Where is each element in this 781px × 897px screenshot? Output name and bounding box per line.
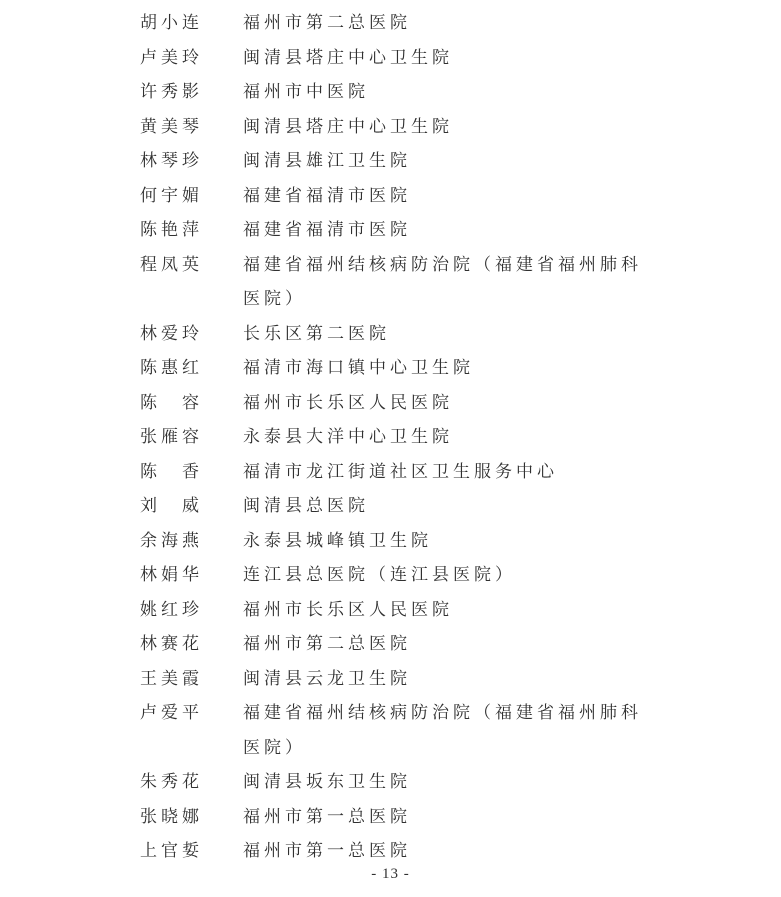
document-page: 胡小连 福州市第二总医院 卢美玲 闽清县塔庄中心卫生院 许秀影 福州市中医院 黄…	[0, 6, 781, 869]
organization-name: 闽清县坂东卫生院	[243, 765, 411, 800]
organization-name: 闽清县云龙卫生院	[243, 662, 411, 697]
person-name: 卢爱平	[140, 696, 243, 731]
table-row: 程凤英 福建省福州结核病防治院（福建省福州肺科医院）	[140, 248, 781, 317]
table-row: 张雁容 永泰县大洋中心卫生院	[140, 420, 781, 455]
organization-name: 闽清县塔庄中心卫生院	[243, 41, 453, 76]
person-name: 黄美琴	[140, 110, 243, 145]
table-row: 刘 威 闽清县总医院	[140, 489, 781, 524]
organization-name: 连江县总医院（连江县医院）	[243, 558, 516, 593]
organization-name: 福清市龙江街道社区卫生服务中心	[243, 455, 558, 490]
person-name: 陈艳萍	[140, 213, 243, 248]
organization-name: 福州市第一总医院	[243, 800, 411, 835]
person-name: 胡小连	[140, 6, 243, 41]
table-row: 朱秀花 闽清县坂东卫生院	[140, 765, 781, 800]
organization-name: 闽清县塔庄中心卫生院	[243, 110, 453, 145]
organization-name: 福州市长乐区人民医院	[243, 593, 453, 628]
organization-name: 福州市第二总医院	[243, 6, 411, 41]
table-row: 余海燕 永泰县城峰镇卫生院	[140, 524, 781, 559]
table-row: 卢爱平 福建省福州结核病防治院（福建省福州肺科医院）	[140, 696, 781, 765]
person-name: 林娟华	[140, 558, 243, 593]
person-name: 姚红珍	[140, 593, 243, 628]
person-name: 程凤英	[140, 248, 243, 283]
person-name: 陈 香	[140, 455, 243, 490]
table-row: 陈 香 福清市龙江街道社区卫生服务中心	[140, 455, 781, 490]
organization-name: 福建省福州结核病防治院（福建省福州肺科医院）	[243, 248, 649, 317]
table-row: 林琴珍 闽清县雄江卫生院	[140, 144, 781, 179]
person-name: 陈 容	[140, 386, 243, 421]
person-name: 朱秀花	[140, 765, 243, 800]
organization-name: 福建省福清市医院	[243, 213, 411, 248]
table-row: 林爱玲 长乐区第二医院	[140, 317, 781, 352]
table-row: 林娟华 连江县总医院（连江县医院）	[140, 558, 781, 593]
table-row: 上官娎 福州市第一总医院	[140, 834, 781, 869]
organization-name: 闽清县雄江卫生院	[243, 144, 411, 179]
person-name: 林爱玲	[140, 317, 243, 352]
organization-name: 福州市中医院	[243, 75, 369, 110]
person-name: 上官娎	[140, 834, 243, 869]
organization-name: 永泰县大洋中心卫生院	[243, 420, 453, 455]
person-name: 林赛花	[140, 627, 243, 662]
person-name: 王美霞	[140, 662, 243, 697]
table-row: 何宇媚 福建省福清市医院	[140, 179, 781, 214]
table-row: 陈惠红 福清市海口镇中心卫生院	[140, 351, 781, 386]
organization-name: 福州市长乐区人民医院	[243, 386, 453, 421]
person-name: 陈惠红	[140, 351, 243, 386]
table-row: 胡小连 福州市第二总医院	[140, 6, 781, 41]
person-name: 张晓娜	[140, 800, 243, 835]
organization-name: 长乐区第二医院	[243, 317, 390, 352]
table-row: 张晓娜 福州市第一总医院	[140, 800, 781, 835]
organization-name: 福清市海口镇中心卫生院	[243, 351, 474, 386]
table-row: 林赛花 福州市第二总医院	[140, 627, 781, 662]
table-row: 卢美玲 闽清县塔庄中心卫生院	[140, 41, 781, 76]
table-row: 黄美琴 闽清县塔庄中心卫生院	[140, 110, 781, 145]
person-name: 许秀影	[140, 75, 243, 110]
organization-name: 福州市第二总医院	[243, 627, 411, 662]
organization-name: 福建省福州结核病防治院（福建省福州肺科医院）	[243, 696, 649, 765]
person-name: 张雁容	[140, 420, 243, 455]
table-row: 陈 容 福州市长乐区人民医院	[140, 386, 781, 421]
organization-name: 福州市第一总医院	[243, 834, 411, 869]
table-row: 陈艳萍 福建省福清市医院	[140, 213, 781, 248]
person-name: 何宇媚	[140, 179, 243, 214]
page-number: - 13 -	[0, 866, 781, 883]
organization-name: 闽清县总医院	[243, 489, 369, 524]
person-name: 刘 威	[140, 489, 243, 524]
organization-name: 永泰县城峰镇卫生院	[243, 524, 432, 559]
person-name: 余海燕	[140, 524, 243, 559]
person-name: 卢美玲	[140, 41, 243, 76]
person-name: 林琴珍	[140, 144, 243, 179]
table-row: 王美霞 闽清县云龙卫生院	[140, 662, 781, 697]
organization-name: 福建省福清市医院	[243, 179, 411, 214]
table-row: 姚红珍 福州市长乐区人民医院	[140, 593, 781, 628]
table-row: 许秀影 福州市中医院	[140, 75, 781, 110]
roster-list: 胡小连 福州市第二总医院 卢美玲 闽清县塔庄中心卫生院 许秀影 福州市中医院 黄…	[0, 6, 781, 869]
